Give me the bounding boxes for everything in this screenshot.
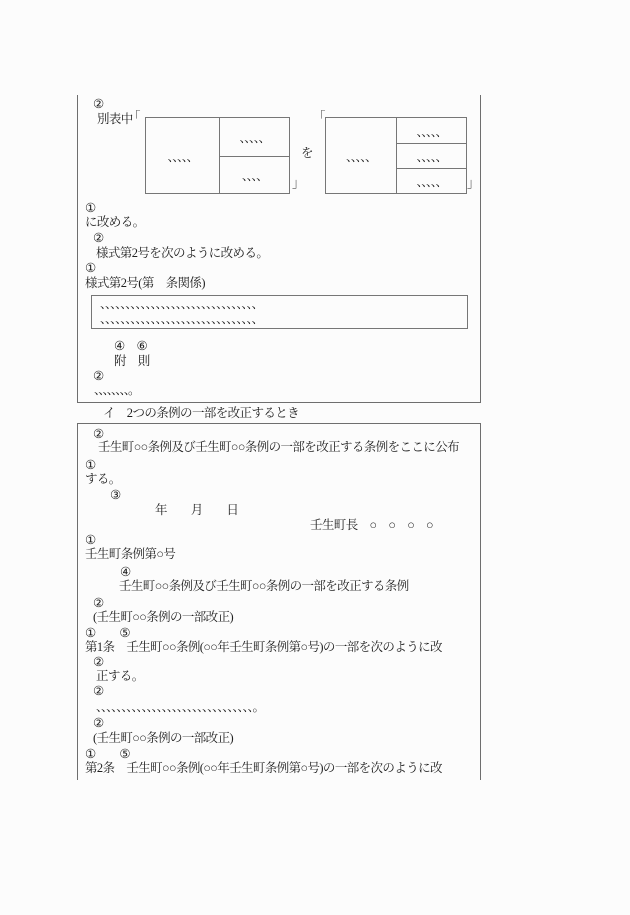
heading-item-i: イ 2つの条例の一部を改正するとき xyxy=(103,406,299,420)
annotation-circled-1: ① xyxy=(85,458,96,472)
form-placeholder-row: 、、、、、、、、、、、、、、、、、、、、、、、、、、、、、、、 xyxy=(100,297,467,312)
annotation-circled-3: ③ xyxy=(110,488,121,502)
placeholder-marks: 、、、、、 xyxy=(346,147,376,165)
annotation-circled-2: ② xyxy=(93,596,104,610)
placeholder-marks: 、、、、 xyxy=(242,166,267,184)
article-2-text-line: 第2条 壬生町○○条例(○○年壬生町条例第○号)の一部を次のように改 xyxy=(85,761,442,775)
annotation-circled-2: ② xyxy=(93,427,104,441)
article-1-continuation-line: 正する。 xyxy=(96,669,144,683)
article-caption-line: (壬生町○○条例の一部改正) xyxy=(93,731,233,745)
placeholder-marks: 、、、、、 xyxy=(167,147,197,165)
table-cell-right-bottom: 、、、、 xyxy=(219,156,289,193)
document-page: ② 別表中 「 、、、、、 、、、、、 、、、、 」 を 「 、、、、、 、、、… xyxy=(0,0,630,915)
placeholder-marks: 、、、、、 xyxy=(416,172,446,190)
ordinance-number-line: 壬生町条例第○号 xyxy=(85,547,175,561)
table-cell-left: 、、、、、 xyxy=(146,118,219,193)
annotation-circled-2: ② xyxy=(93,684,104,698)
table-cell-left: 、、、、、 xyxy=(326,118,396,193)
form-placeholder-box: 、、、、、、、、、、、、、、、、、、、、、、、、、、、、、、、 、、、、、、、、… xyxy=(91,295,468,329)
mayor-signature-line: 壬生町長 ○ ○ ○ ○ xyxy=(310,518,433,532)
open-corner-bracket: 「 xyxy=(313,110,325,124)
annotation-circled-1: ① xyxy=(85,201,96,215)
annotation-circled-2: ② xyxy=(93,97,104,111)
placeholder-marks: 、、、、、 xyxy=(239,128,269,146)
placeholder-marks-line: 、、、、、、、、。 xyxy=(94,383,139,397)
annotation-circled-4-6: ④ ⑥ xyxy=(114,339,147,353)
close-corner-bracket: 」 xyxy=(292,176,304,190)
supplementary-provisions-line: 附 則 xyxy=(114,354,150,368)
annotation-circled-1-5: ① ⑤ xyxy=(85,747,130,761)
annotation-circled-1-5: ① ⑤ xyxy=(85,626,130,640)
amend-text-line: に改める。 xyxy=(85,215,145,229)
annotation-circled-1: ① xyxy=(85,533,96,547)
suru-text-line: する。 xyxy=(85,472,121,486)
table-after-amendment: 、、、、、 、、、、、 、、、、、 、、、、、 xyxy=(325,117,467,194)
placeholder-marks: 、、、、、 xyxy=(416,147,446,165)
open-corner-bracket: 「 xyxy=(128,110,140,124)
annotation-circled-1: ① xyxy=(85,261,96,275)
annotation-circled-4: ④ xyxy=(120,565,131,579)
placeholder-marks-line: 、、、、、、、、、、、、、、、、、、、、、、、、、、、、、、、。 xyxy=(96,700,264,714)
table-cell-right-row1: 、、、、、 xyxy=(396,118,466,143)
article-1-text-line: 第1条 壬生町○○条例(○○年壬生町条例第○号)の一部を次のように改 xyxy=(85,640,442,654)
date-line: 年 月 日 xyxy=(155,503,238,517)
table-cell-right-top: 、、、、、 xyxy=(219,118,289,156)
close-corner-bracket: 」 xyxy=(467,176,479,190)
form-amend-text-line: 様式第2号を次のように改める。 xyxy=(96,246,268,260)
promulgation-text-line: 壬生町○○条例及び壬生町○○条例の一部を改正する条例をここに公布 xyxy=(98,440,459,454)
placeholder-marks: 、、、、、 xyxy=(416,122,446,140)
form-caption-line: 様式第2号(第 条関係) xyxy=(85,276,205,290)
form-placeholder-row: 、、、、、、、、、、、、、、、、、、、、、、、、、、、、、、、 xyxy=(100,312,467,327)
annotation-circled-2: ② xyxy=(93,231,104,245)
annotation-circled-2: ② xyxy=(93,655,104,669)
ordinance-title-line: 壬生町○○条例及び壬生町○○条例の一部を改正する条例 xyxy=(119,579,409,593)
table-cell-right-row3: 、、、、、 xyxy=(396,168,466,193)
connector-wo: を xyxy=(301,146,313,160)
table-before-amendment: 、、、、、 、、、、、 、、、、 xyxy=(145,117,290,194)
annotation-circled-2: ② xyxy=(93,369,104,383)
annotation-circled-2: ② xyxy=(93,716,104,730)
section-b-frame xyxy=(77,423,481,780)
article-caption-line: (壬生町○○条例の一部改正) xyxy=(93,610,233,624)
table-cell-right-row2: 、、、、、 xyxy=(396,143,466,168)
